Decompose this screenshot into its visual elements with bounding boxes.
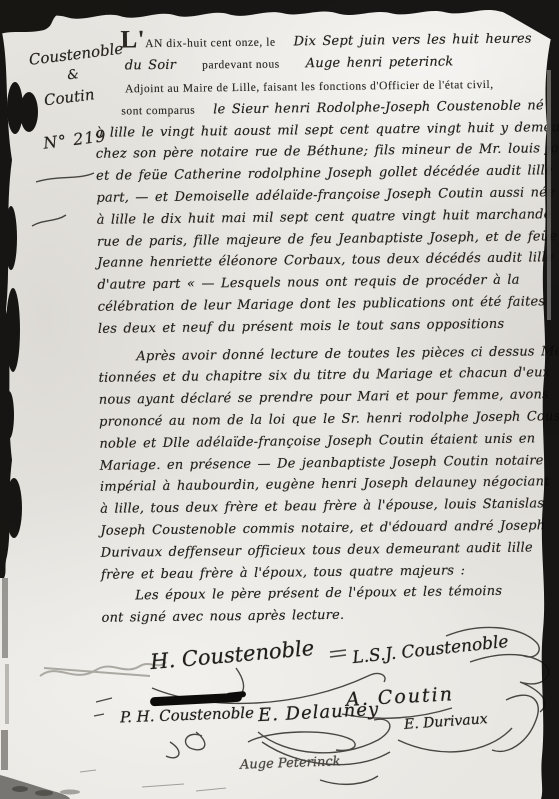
signature-witness-coustenoble: L.S.J. Coustenoble [351, 632, 509, 668]
handwritten-text: Auge henri peterinck [306, 55, 454, 72]
record-line: ont signé avec nous après lecture. [101, 602, 553, 629]
printed-text: Adjoint au Maire de Lille, faisant les f… [125, 79, 494, 96]
printed-text: L'AN dix-huit cent onze, le [120, 29, 275, 55]
signature-witness-delauney: E. Delauney [258, 699, 380, 726]
margin-conjunction: & [66, 67, 79, 83]
handwritten-text: le Sieur henri Rodolphe-Joseph Coustenob… [213, 99, 544, 118]
margin-party2: Coutin [43, 85, 95, 109]
printed-text: pardevant nous [202, 59, 280, 72]
signature-officer: Auge Peterinck [240, 754, 341, 773]
ink-blot [226, 691, 247, 699]
act-text-block: L'AN dix-huit cent onze, leDix Sept juin… [94, 25, 553, 629]
handwritten-text: Dix Sept juin vers les huit heures [293, 31, 531, 49]
scanned-marriage-record: Coustenoble & Coutin N° 219 L'AN dix-hui… [0, 0, 559, 799]
signature-groom: H. Coustenoble [149, 636, 315, 674]
signature-father: P. H. Coustenoble [120, 704, 254, 727]
signature-witness-durivaux: E. Durivaux [404, 711, 489, 733]
illegible-signature-scrawl [40, 662, 166, 676]
printed-text: sont comparus [121, 105, 195, 118]
handwritten-text: du Soir [125, 58, 177, 74]
record-line: les deux et neuf du présent mois le tout… [98, 313, 550, 340]
